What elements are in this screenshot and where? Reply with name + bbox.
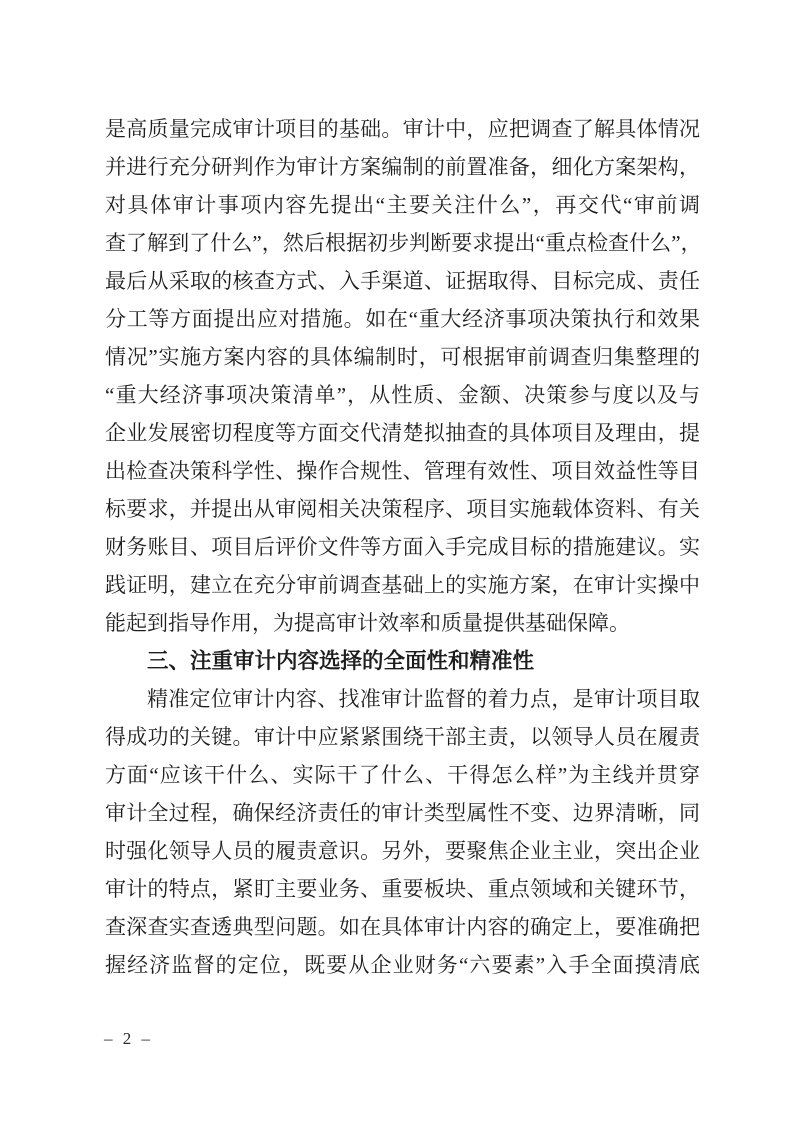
body-line: 握经济监督的定位，既要从企业财务“六要素”入手全面摸清底 xyxy=(105,946,700,984)
body-line: 查深查实查透典型问题。如在具体审计内容的确定上，要准确把 xyxy=(105,908,700,946)
body-line: “重大经济事项决策清单”，从性质、金额、决策参与度以及与 xyxy=(105,376,700,414)
body-line: 审计全过程，确保经济责任的审计类型属性不变、边界清晰，同 xyxy=(105,794,700,832)
document-body: 是高质量完成审计项目的基础。审计中，应把调查了解具体情况 并进行充分研判作为审计… xyxy=(105,110,700,984)
body-line: 是高质量完成审计项目的基础。审计中，应把调查了解具体情况 xyxy=(105,110,700,148)
body-line: 情况”实施方案内容的具体编制时，可根据审前调查归集整理的 xyxy=(105,338,700,376)
body-line: 审计的特点，紧盯主要业务、重要板块、重点领域和关键环节， xyxy=(105,870,700,908)
body-line: 得成功的关键。审计中应紧紧围绕干部主责，以领导人员在履责 xyxy=(105,718,700,756)
section-heading: 三、注重审计内容选择的全面性和精准性 xyxy=(105,642,700,680)
document-page: 是高质量完成审计项目的基础。审计中，应把调查了解具体情况 并进行充分研判作为审计… xyxy=(0,0,793,1122)
body-line: 标要求，并提出从审阅相关决策程序、项目实施载体资料、有关 xyxy=(105,490,700,528)
body-line: 方面“应该干什么、实际干了什么、干得怎么样”为主线并贯穿 xyxy=(105,756,700,794)
body-line: 查了解到了什么”，然后根据初步判断要求提出“重点检查什么”， xyxy=(105,224,700,262)
body-line: 企业发展密切程度等方面交代清楚拟抽查的具体项目及理由，提 xyxy=(105,414,700,452)
body-line: 对具体审计事项内容先提出“主要关注什么”，再交代“审前调 xyxy=(105,186,700,224)
body-line: 分工等方面提出应对措施。如在“重大经济事项决策执行和效果 xyxy=(105,300,700,338)
body-line: 践证明，建立在充分审前调查基础上的实施方案，在审计实操中 xyxy=(105,566,700,604)
page-number: – 2 – xyxy=(104,1028,153,1050)
body-line: 出检查决策科学性、操作合规性、管理有效性、项目效益性等目 xyxy=(105,452,700,490)
body-line: 精准定位审计内容、找准审计监督的着力点，是审计项目取 xyxy=(105,680,700,718)
body-line: 并进行充分研判作为审计方案编制的前置准备，细化方案架构， xyxy=(105,148,700,186)
body-line: 财务账目、项目后评价文件等方面入手完成目标的措施建议。实 xyxy=(105,528,700,566)
body-line: 时强化领导人员的履责意识。另外，要聚焦企业主业，突出企业 xyxy=(105,832,700,870)
body-line: 能起到指导作用，为提高审计效率和质量提供基础保障。 xyxy=(105,604,700,642)
body-line: 最后从采取的核查方式、入手渠道、证据取得、目标完成、责任 xyxy=(105,262,700,300)
